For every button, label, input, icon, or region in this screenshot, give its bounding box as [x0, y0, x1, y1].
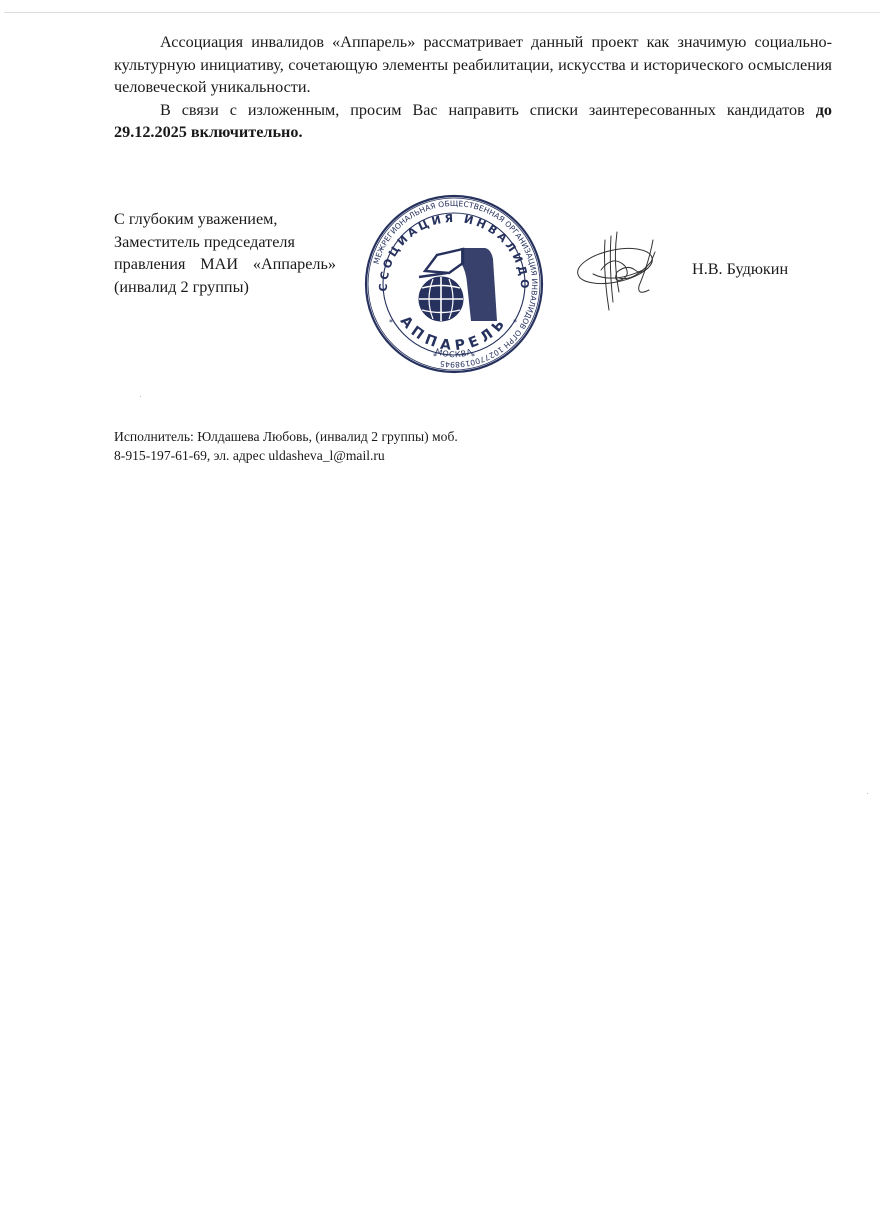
signature-icon [573, 222, 683, 314]
closing-block: С глубоким уважением, Заместитель предсе… [114, 208, 336, 298]
scan-artifact-line [320, 12, 880, 13]
svg-text:*: * [389, 318, 393, 327]
signer-title: Заместитель председателя [114, 231, 336, 254]
stamp-icon: МЕЖРЕГИОНАЛЬНАЯ ОБЩЕСТВЕННАЯ ОРГАНИЗАЦИЯ… [363, 193, 545, 375]
paragraph-significance: Ассоциация инвалидов «Аппарель» рассматр… [114, 31, 832, 99]
signer-status: (инвалид 2 группы) [114, 276, 336, 299]
svg-text:*: * [433, 352, 437, 361]
request-text: В связи с изложенным, просим Вас направи… [160, 101, 816, 119]
scan-speck [140, 396, 141, 397]
closing-greeting: С глубоким уважением, [114, 208, 336, 231]
letter-body: Ассоциация инвалидов «Аппарель» рассматр… [114, 31, 832, 144]
signer-name: Н.В. Будюкин [692, 258, 788, 280]
paragraph-request: В связи с изложенным, просим Вас направи… [114, 99, 832, 144]
scan-speck [867, 793, 868, 794]
executor-contact: Исполнитель: Юлдашева Любовь, (инвалид 2… [114, 428, 458, 465]
organization-stamp: МЕЖРЕГИОНАЛЬНАЯ ОБЩЕСТВЕННАЯ ОРГАНИЗАЦИЯ… [363, 193, 545, 375]
executor-contact-line: 8-915-197-61-69, эл. адрес uldasheva_l@m… [114, 447, 458, 466]
svg-text:*: * [471, 352, 475, 361]
signer-organization: правления МАИ «Аппарель» [114, 253, 336, 276]
executor-line: Исполнитель: Юлдашева Любовь, (инвалид 2… [114, 428, 458, 447]
handwritten-signature [573, 222, 683, 314]
svg-text:*: * [513, 318, 517, 327]
